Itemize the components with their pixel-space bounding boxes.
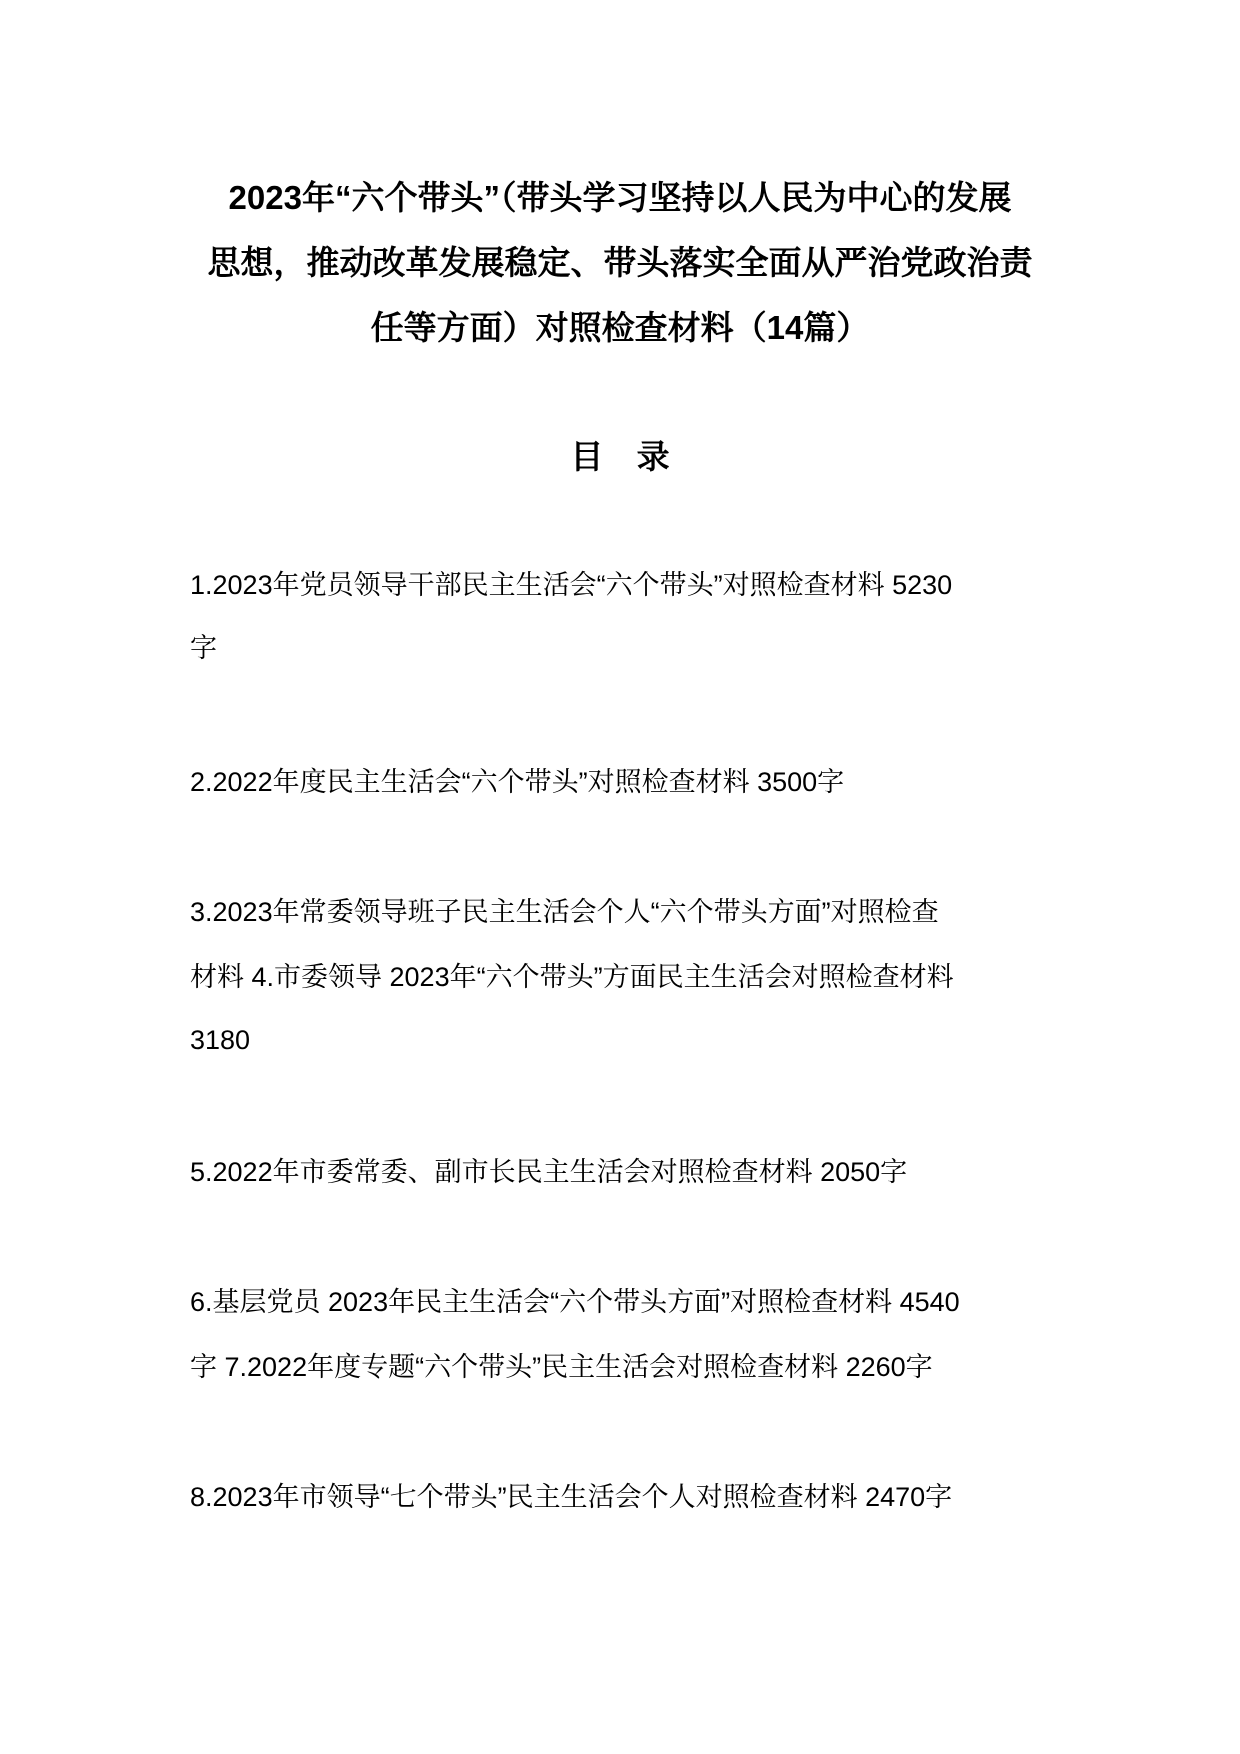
title-line-3: 任等方面）对照检查材料（14篇） xyxy=(190,295,1050,360)
document-page: 2023年“六个带头”（带头学习坚持以人民为中心的发展 思想，推动改革发展稳定、… xyxy=(0,0,1240,1754)
title-line-2: 思想，推动改革发展稳定、带头落实全面从严治党政治责 xyxy=(190,230,1050,295)
title-line-1: 2023年“六个带头”（带头学习坚持以人民为中心的发展 xyxy=(190,165,1050,230)
toc-item-3-4-line: 材料 4.市委领导 2023年“六个带头”方面民主生活会对照检查材料 xyxy=(190,957,954,997)
toc-item-4-line-2: 3180 xyxy=(190,1020,250,1060)
toc-item-5: 5.2022年市委常委、副市长民主生活会对照检查材料 2050字 xyxy=(190,1152,907,1192)
toc-item-8: 8.2023年市领导“七个带头”民主生活会个人对照检查材料 2470字 xyxy=(190,1477,952,1517)
toc-item-3-line-1: 3.2023年常委领导班子民主生活会个人“六个带头方面”对照检查 xyxy=(190,892,939,932)
document-title: 2023年“六个带头”（带头学习坚持以人民为中心的发展 思想，推动改革发展稳定、… xyxy=(190,165,1050,360)
toc-item-1-line-2: 字 xyxy=(190,628,217,668)
toc-item-6-7-line: 字 7.2022年度专题“六个带头”民主生活会对照检查材料 2260字 xyxy=(190,1347,933,1387)
toc-item-6-line-1: 6.基层党员 2023年民主生活会“六个带头方面”对照检查材料 4540 xyxy=(190,1282,960,1322)
toc-item-2: 2.2022年度民主生活会“六个带头”对照检查材料 3500字 xyxy=(190,762,844,802)
toc-item-1-line-1: 1.2023年党员领导干部民主生活会“六个带头”对照检查材料 5230 xyxy=(190,565,952,605)
toc-heading: 目 录 xyxy=(190,432,1050,482)
